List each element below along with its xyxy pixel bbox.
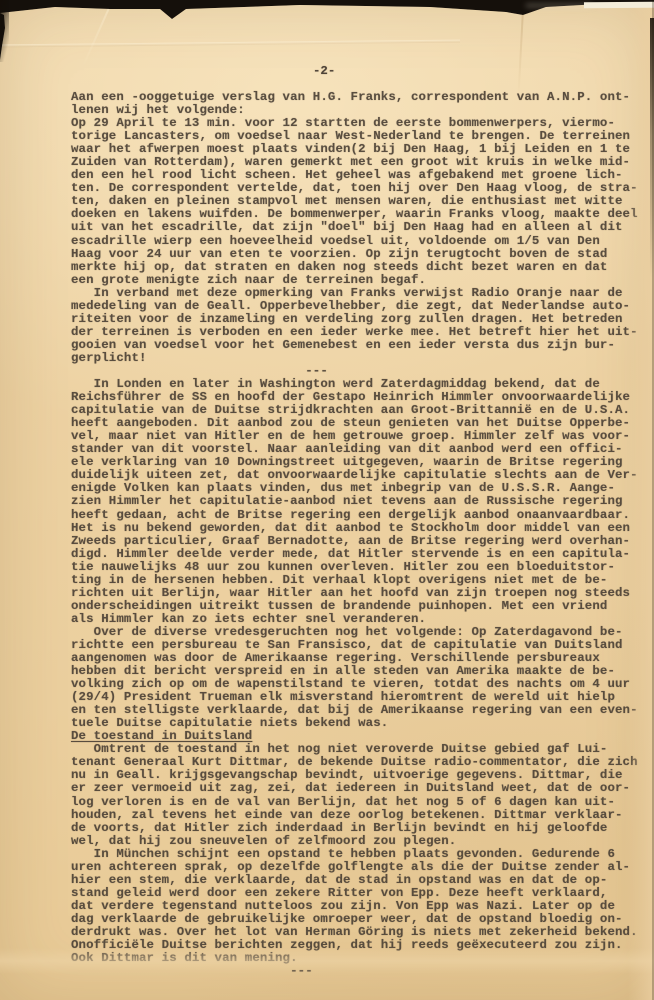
text-line: onderscheidingen uitreikt tussen de bran…	[71, 600, 654, 613]
text-line: als Himmler kan zo iets echter snel vera…	[71, 613, 654, 626]
text-line: hier een stem, die verklaarde, dat de st…	[71, 874, 654, 887]
text-line: Zweeds particulier, Graaf Bernadotte, aa…	[71, 535, 654, 548]
page-number: -2-	[313, 64, 335, 78]
text-line: gooien van voedsel voor het Gemenebest e…	[71, 339, 654, 352]
text-line: houden, zal tevens het einde van deze oo…	[71, 809, 654, 822]
text-line: log verloren is en de val van Berlijn, d…	[71, 796, 654, 809]
text-line: escadrille wierp een hoeveelheid voedsel…	[71, 235, 654, 248]
text-line: stand geleid werd door een zekere Ritter…	[71, 887, 654, 900]
text-line: de voorts, dat Hitler zich inderdaad in …	[71, 822, 654, 835]
scan-background: -2- Aan een -ooggetuige verslag van H.G.…	[0, 0, 654, 1000]
text-line: Over de diverse vredesgeruchten nog het …	[71, 626, 654, 639]
text-line: digd. Himmler deelde verder mede, dat Hi…	[71, 548, 654, 561]
text-line: dat verdere tegenstand nutteloos zou zij…	[71, 900, 654, 913]
document-text: Aan een -ooggetuige verslag van H.G. Fra…	[71, 91, 654, 978]
paper-crease	[518, 0, 525, 95]
text-line: In verband met deze opmerking van Franks…	[71, 287, 654, 300]
paper-crease	[82, 3, 112, 68]
paper-fade-streak	[0, 948, 654, 974]
text-line: Het is nu bekend geworden, dat dit aanbo…	[71, 522, 654, 535]
text-line: Haag voor 24 uur van eten te voorzien. O…	[71, 248, 654, 261]
text-line: uit van het escadrille, dat zijn "doel" …	[71, 221, 654, 234]
paper-crease	[0, 40, 460, 48]
text-line: mededeling van de Geall. Opperbevelhebbe…	[71, 300, 654, 313]
text-line: zien Himmler het capitulatie-aanbod niet…	[71, 495, 654, 508]
paper-edge-highlight	[584, 2, 654, 8]
text-line: der terreinen is verboden en een ieder w…	[71, 326, 654, 339]
text-line: er zeer vermoeid uit zag, zei, dat ieder…	[71, 782, 654, 795]
text-line: een grote menigte zich naar de terreinen…	[71, 274, 654, 287]
text-line: riteiten voor de inzameling en verdeling…	[71, 313, 654, 326]
scan-edge-shadow	[0, 0, 9, 62]
text-line: wel, dat hij zou sneuvelen of zelfmoord …	[71, 835, 654, 848]
text-line: tie nauwelijks 48 uur zou kunnen overlev…	[71, 561, 654, 574]
text-line: uren achtereen sprak, op dezelfde golfle…	[71, 861, 654, 874]
document-page: -2- Aan een -ooggetuige verslag van H.G.…	[0, 0, 654, 1000]
text-line: ting in de hersenen hebben. Dit verhaal …	[71, 574, 654, 587]
text-line: richten uit Berlijn, waar Hitler aan het…	[71, 587, 654, 600]
text-line: merkte hij op, dat straten en daken nog …	[71, 261, 654, 274]
text-line: In München schijnt een opstand te hebben…	[71, 848, 654, 861]
text-line: heeft gedaan, acht de Britse regering ee…	[71, 509, 654, 522]
